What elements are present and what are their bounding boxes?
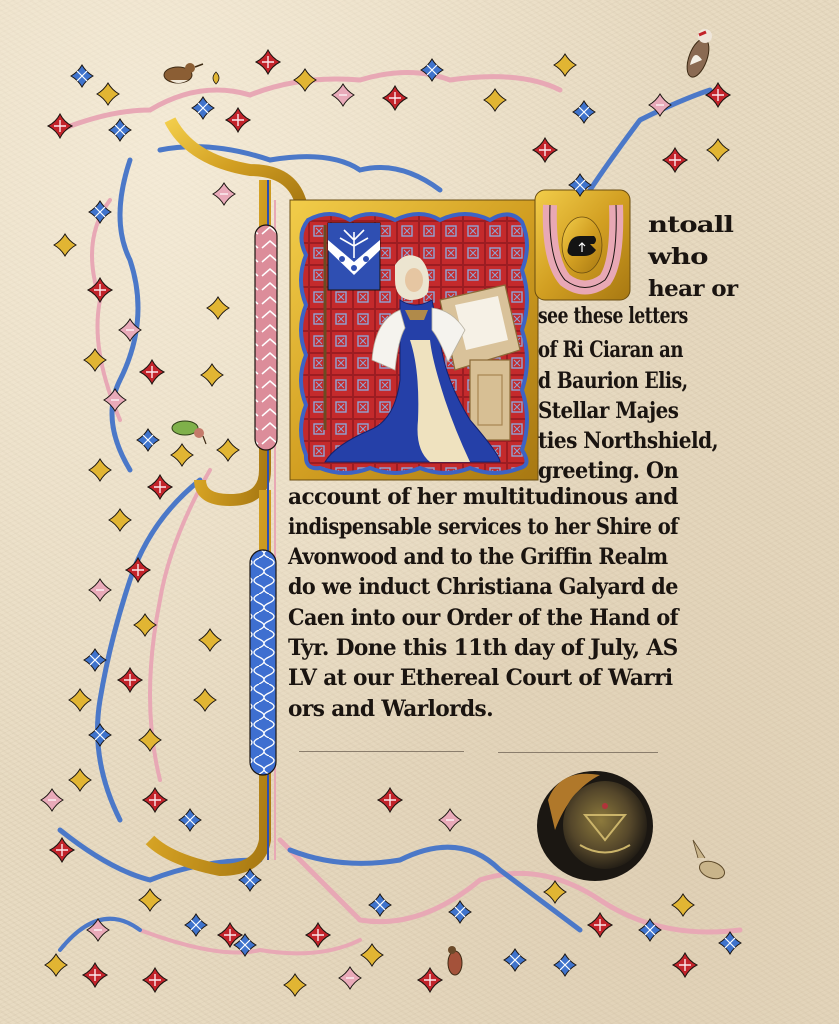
text-line-14: Caen into our Order of the Hand of	[288, 605, 678, 631]
text-line-10: account of her multitudinous and	[288, 484, 678, 510]
text-line-2: who	[648, 244, 708, 270]
scroll-text: ntoall who hear or see these letters of …	[0, 0, 839, 1024]
text-line-16: LV at our Ethereal Court of Warri	[288, 665, 673, 691]
text-line-1: ntoall	[648, 212, 733, 238]
text-line-9: greeting. On	[538, 458, 678, 484]
text-line-12: Avonwood and to the Griffin Realm	[288, 544, 668, 570]
text-line-7: Stellar Majes	[538, 398, 678, 424]
text-line-11: indispensable services to her Shire of	[288, 514, 678, 540]
text-line-13: do we induct Christiana Galyard de	[288, 574, 678, 600]
text-line-8: ties Northshield,	[538, 428, 718, 454]
text-line-15: Tyr. Done this 11th day of July, AS	[288, 635, 678, 661]
text-line-5: of Ri Ciaran an	[538, 337, 683, 363]
text-line-17: ors and Warlords.	[288, 696, 493, 722]
text-line-6: d Baurion Elis,	[538, 368, 688, 394]
text-line-3: hear or	[648, 276, 738, 302]
text-line-4: see these letters	[538, 303, 688, 329]
